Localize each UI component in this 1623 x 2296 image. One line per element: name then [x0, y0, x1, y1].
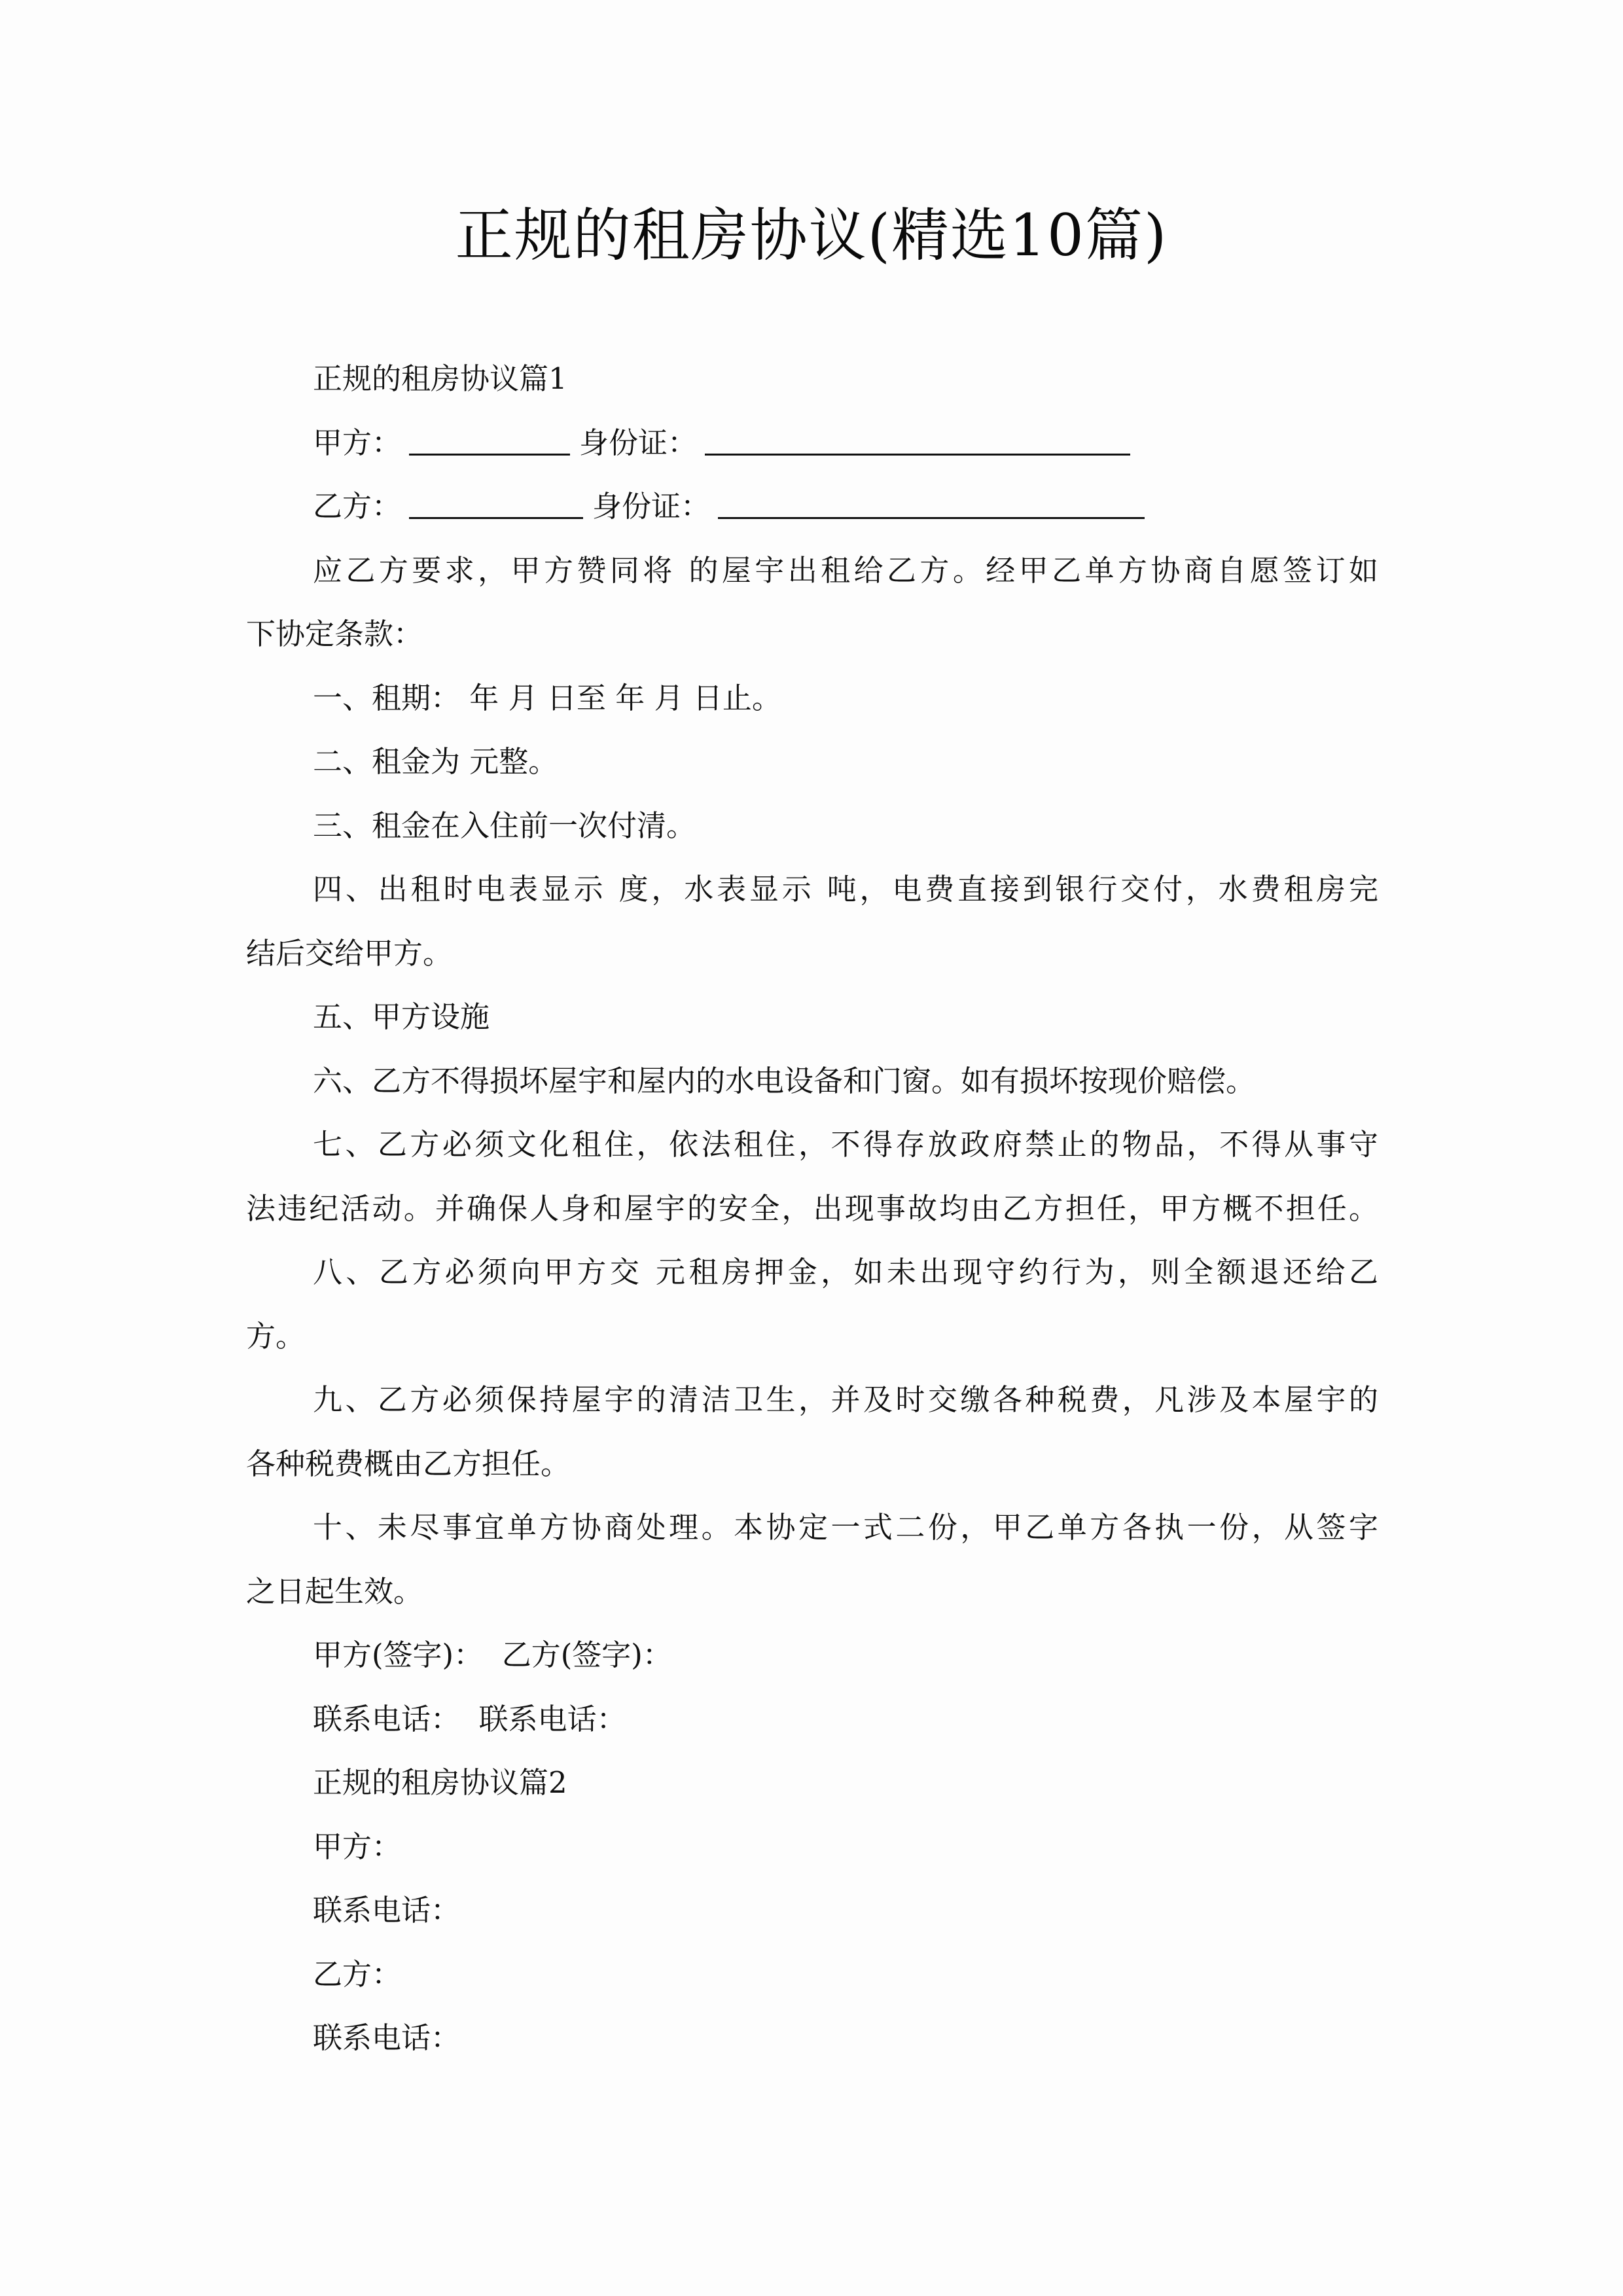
clause-2: 二、租金为 元整。 — [246, 730, 1378, 794]
intro-paragraph-line-2: 下协定条款： — [246, 602, 1378, 666]
party-a-id-label: 身份证： — [579, 425, 697, 460]
section2-party-b: 乙方： — [246, 1943, 1378, 2007]
clause-5: 五、甲方设施 — [246, 985, 1378, 1049]
clause-8-line-2: 方。 — [246, 1304, 1378, 1369]
party-b-id-label: 身份证： — [592, 489, 710, 524]
party-b-label: 乙方： — [313, 489, 401, 524]
party-b-id-blank — [718, 491, 1145, 519]
clause-10-line-1: 十、未尽事宜单方协商处理。本协定一式二份，甲乙单方各执一份，从签字 — [246, 1496, 1378, 1560]
clause-9-line-1: 九、乙方必须保持屋宇的清洁卫生，并及时交缴各种税费，凡涉及本屋宇的 — [246, 1368, 1378, 1432]
document-body: 正规的租房协议篇1 甲方：身份证： 乙方：身份证： 应乙方要求，甲方赞同将 的屋… — [246, 347, 1378, 2070]
party-a-name-blank — [409, 427, 570, 456]
clause-8-line-1: 八、乙方必须向甲方交 元租房押金，如未出现守约行为，则全额退还给乙 — [246, 1240, 1378, 1304]
party-b-row: 乙方：身份证： — [246, 475, 1378, 539]
party-b-name-blank — [409, 491, 583, 519]
section-heading-1: 正规的租房协议篇1 — [246, 347, 1378, 411]
clause-4-line-1: 四、出租时电表显示 度，水表显示 吨，电费直接到银行交付，水费租房完 — [246, 857, 1378, 922]
contact-phone-line: 联系电话： 联系电话： — [246, 1687, 1378, 1751]
signature-line: 甲方(签字)： 乙方(签字)： — [246, 1623, 1378, 1687]
document-title: 正规的租房协议(精选10篇) — [0, 196, 1623, 275]
party-a-row: 甲方：身份证： — [246, 411, 1378, 475]
clause-4-line-2: 结后交给甲方。 — [246, 922, 1378, 986]
clause-9-line-2: 各种税费概由乙方担任。 — [246, 1432, 1378, 1496]
clause-3: 三、租金在入住前一次付清。 — [246, 794, 1378, 858]
section-heading-2: 正规的租房协议篇2 — [246, 1751, 1378, 1815]
section2-party-a: 甲方： — [246, 1815, 1378, 1879]
clause-6: 六、乙方不得损坏屋宇和屋内的水电设备和门窗。如有损坏按现价赔偿。 — [246, 1049, 1378, 1113]
document-page: 正规的租房协议(精选10篇) 正规的租房协议篇1 甲方：身份证： 乙方：身份证：… — [0, 0, 1623, 2296]
party-a-label: 甲方： — [313, 425, 401, 460]
clause-7-line-2: 法违纪活动。并确保人身和屋宇的安全，出现事故均由乙方担任，甲方概不担任。 — [246, 1177, 1378, 1241]
clause-10-line-2: 之日起生效。 — [246, 1560, 1378, 1624]
party-a-id-blank — [705, 427, 1130, 456]
section2-party-b-phone: 联系电话： — [246, 2006, 1378, 2070]
clause-7-line-1: 七、乙方必须文化租住，依法租住，不得存放政府禁止的物品，不得从事守 — [246, 1113, 1378, 1177]
intro-paragraph-line-1: 应乙方要求，甲方赞同将 的屋宇出租给乙方。经甲乙单方协商自愿签订如 — [246, 539, 1378, 603]
section2-party-a-phone: 联系电话： — [246, 1878, 1378, 1943]
clause-1: 一、租期： 年 月 日至 年 月 日止。 — [246, 666, 1378, 730]
